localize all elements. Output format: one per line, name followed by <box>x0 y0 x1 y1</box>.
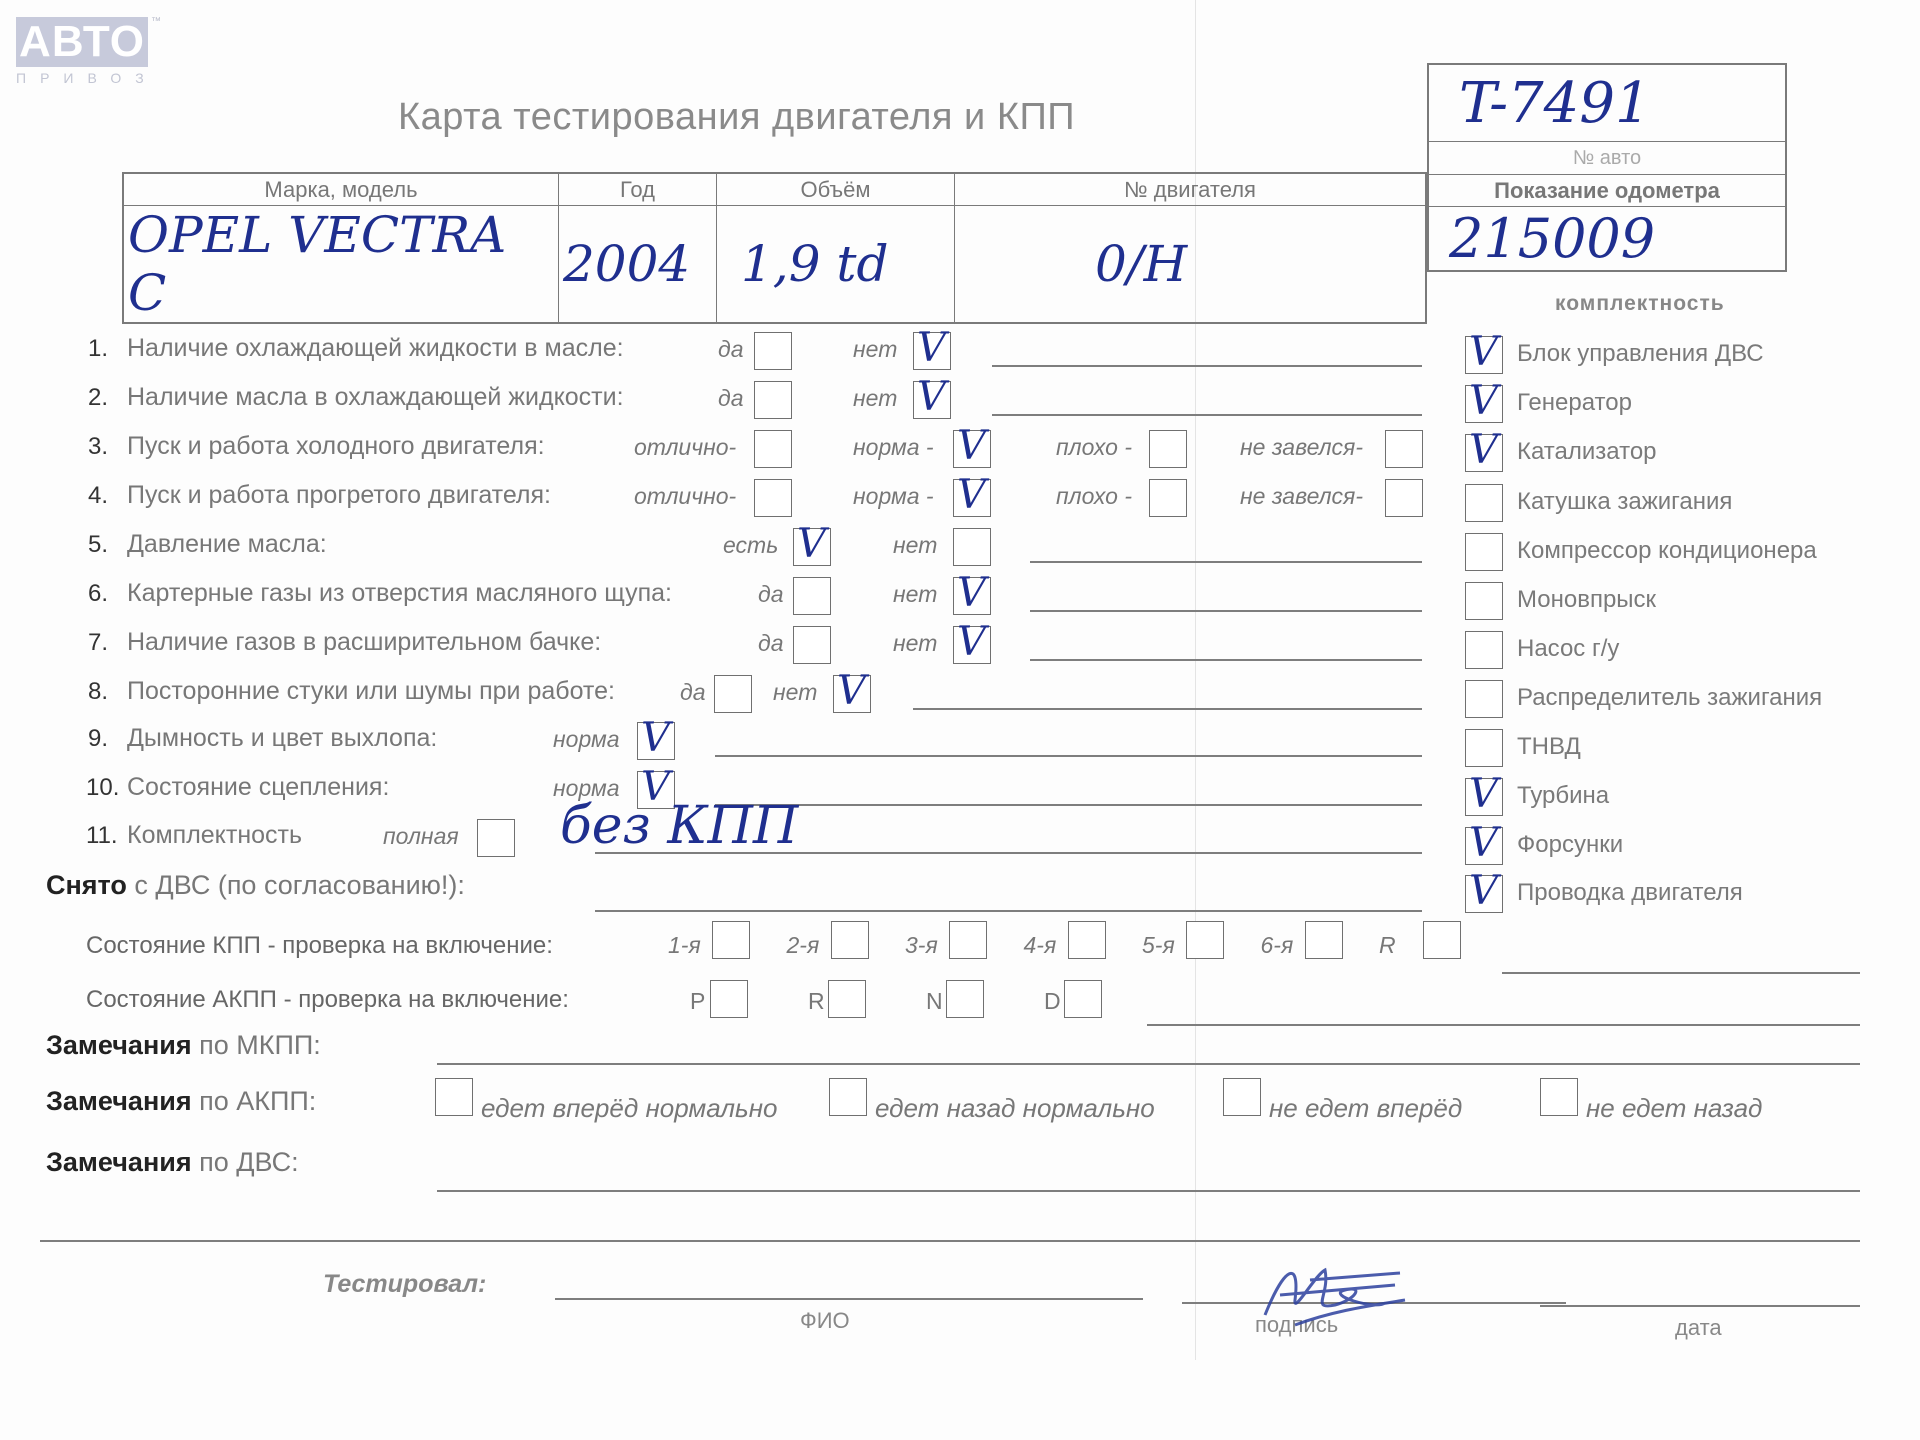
remarks-mkpp-label: Замечания по МКПП: <box>46 1030 321 1061</box>
comment-line[interactable] <box>1030 610 1422 612</box>
option-label: есть <box>723 532 778 559</box>
option-label: норма - <box>853 434 934 461</box>
akpp-remark-label: не едет назад <box>1586 1093 1762 1124</box>
checkmark-icon: V <box>837 674 866 708</box>
akpp-remark-label: не едет вперёд <box>1269 1093 1462 1124</box>
logo-trademark: ™ <box>151 16 161 27</box>
option-label: нет <box>773 679 817 706</box>
check-label: Посторонние стуки или шумы при работе: <box>127 677 615 706</box>
gear-checkbox[interactable] <box>828 980 866 1018</box>
remarks-akpp-label: Замечания по АКПП: <box>46 1086 316 1117</box>
checkmark-icon: V <box>917 331 946 365</box>
completeness-title: комплектность <box>1555 292 1725 316</box>
comment-line[interactable] <box>715 804 1422 806</box>
option-label: да <box>718 385 744 412</box>
option-checkbox[interactable]: V <box>913 332 951 370</box>
vehicle-info-table: Марка, модель Год Объём № двигателя OPEL… <box>122 172 1427 324</box>
name-caption: ФИО <box>800 1308 850 1334</box>
check-number: 3. <box>88 433 108 461</box>
checkmark-icon: V <box>957 478 986 512</box>
comment-line[interactable] <box>715 755 1422 757</box>
engine-number-value[interactable]: 0/H <box>955 206 1427 324</box>
option-label: нет <box>893 581 937 608</box>
checkmark-icon: V <box>917 380 946 414</box>
check-label: Давление масла: <box>127 530 327 559</box>
option-checkbox[interactable]: V <box>913 381 951 419</box>
completeness-checkbox[interactable] <box>1465 729 1503 767</box>
option-label: да <box>758 581 784 608</box>
completeness-item-label: Проводка двигателя <box>1517 879 1743 907</box>
option-label: нет <box>893 630 937 657</box>
car-number-odometer-box: T-7491 № авто Показание одометра 215009 <box>1427 63 1787 272</box>
removed-parts-label: Снято с ДВС (по согласованию!): <box>46 870 465 901</box>
completeness-item-label: ТНВД <box>1517 733 1581 761</box>
comment-line[interactable] <box>1030 561 1422 563</box>
checkmark-icon: V <box>1469 384 1498 418</box>
option-label: нет <box>853 336 897 363</box>
gear-checkbox[interactable] <box>946 980 984 1018</box>
completeness-item-label: Турбина <box>1517 782 1609 810</box>
checkmark-icon: V <box>641 721 670 755</box>
remarks-dvs-line[interactable] <box>437 1190 1860 1192</box>
akpp-remark-checkbox[interactable] <box>829 1078 867 1116</box>
auto-gearbox-line[interactable] <box>1147 1024 1860 1026</box>
akpp-remark-checkbox[interactable] <box>1540 1078 1578 1116</box>
column-header-model: Марка, модель <box>123 173 559 206</box>
gear-label: R <box>1379 932 1396 959</box>
gear-label: D <box>1044 988 1061 1015</box>
option-checkbox[interactable] <box>1149 430 1187 468</box>
completeness-item-label: Катушка зажигания <box>1517 488 1732 516</box>
gear-label: 5-я <box>1142 932 1175 959</box>
option-label: да <box>758 630 784 657</box>
column-header-year: Год <box>559 173 717 206</box>
option-checkbox[interactable] <box>793 577 831 615</box>
auto-gearbox-label: Состояние АКПП - проверка на включение: <box>86 986 569 1014</box>
logo: АВТО <box>16 17 148 67</box>
completeness-item-label: Насос г/у <box>1517 635 1619 663</box>
checkmark-icon: V <box>1469 826 1498 860</box>
option-label: норма - <box>853 483 934 510</box>
option-checkbox[interactable] <box>953 528 991 566</box>
completeness-item-label: Блок управления ДВС <box>1517 340 1764 368</box>
tested-by-label: Тестировал: <box>323 1270 486 1299</box>
gear-checkbox[interactable] <box>1064 980 1102 1018</box>
check-label: Комплектность <box>127 821 302 850</box>
completeness-checkbox[interactable] <box>1465 533 1503 571</box>
option-checkbox[interactable] <box>1385 430 1423 468</box>
date-caption: дата <box>1675 1315 1722 1341</box>
gear-label: 3-я <box>905 932 938 959</box>
option-label: отлично- <box>634 434 736 461</box>
car-number-value[interactable]: T-7491 <box>1428 64 1786 142</box>
option-checkbox[interactable] <box>754 381 792 419</box>
option-checkbox[interactable]: V <box>793 528 831 566</box>
option-checkbox[interactable] <box>793 626 831 664</box>
date-line[interactable] <box>1540 1305 1860 1307</box>
option-label: полная <box>383 823 459 850</box>
akpp-remark-checkbox[interactable] <box>435 1078 473 1116</box>
tester-name-line[interactable] <box>555 1298 1143 1300</box>
remarks-mkpp-line[interactable] <box>437 1063 1860 1065</box>
option-label: да <box>680 679 706 706</box>
option-label: плохо - <box>1056 483 1132 510</box>
option-checkbox[interactable]: V <box>833 675 871 713</box>
checkmark-icon: V <box>1469 433 1498 467</box>
option-label: отлично- <box>634 483 736 510</box>
check-label: Наличие газов в расширительном бачке: <box>127 628 601 657</box>
model-value[interactable]: OPEL VECTRA C <box>123 206 559 324</box>
gear-checkbox[interactable] <box>949 921 987 959</box>
handwritten-note: без КПП <box>560 796 798 856</box>
completeness-checkbox[interactable]: V <box>1465 827 1503 865</box>
option-label: норма <box>553 726 620 753</box>
check-label: Пуск и работа прогретого двигателя: <box>127 481 551 510</box>
check-number: 8. <box>88 678 108 706</box>
removed-parts-line[interactable] <box>595 910 1422 912</box>
check-number: 10. <box>86 774 119 802</box>
gear-checkbox[interactable] <box>1305 921 1343 959</box>
comment-line[interactable] <box>1030 659 1422 661</box>
option-checkbox[interactable] <box>754 479 792 517</box>
option-checkbox[interactable] <box>477 819 515 857</box>
gear-label: P <box>690 988 705 1015</box>
check-label: Наличие охлаждающей жидкости в масле: <box>127 334 624 363</box>
checkmark-icon: V <box>1469 874 1498 908</box>
gear-checkbox[interactable] <box>831 921 869 959</box>
completeness-checkbox[interactable] <box>1465 582 1503 620</box>
option-label: да <box>718 336 744 363</box>
comment-line[interactable] <box>992 365 1422 367</box>
gear-label: 6-я <box>1261 932 1294 959</box>
option-checkbox[interactable] <box>1385 479 1423 517</box>
signature-icon <box>1255 1255 1455 1335</box>
completeness-checkbox[interactable]: V <box>1465 875 1503 913</box>
checkmark-icon: V <box>957 429 986 463</box>
check-number: 2. <box>88 384 108 412</box>
completeness-item-label: Форсунки <box>1517 831 1623 859</box>
check-number: 7. <box>88 629 108 657</box>
option-label: нет <box>853 385 897 412</box>
gear-label: 2-я <box>787 932 820 959</box>
comment-line[interactable] <box>913 708 1422 710</box>
option-checkbox[interactable] <box>1149 479 1187 517</box>
gear-checkbox[interactable] <box>1186 921 1224 959</box>
checkmark-icon: V <box>797 527 826 561</box>
completeness-checkbox[interactable] <box>1465 680 1503 718</box>
check-label: Наличие масла в охлаждающей жидкости: <box>127 383 624 412</box>
completeness-checkbox[interactable]: V <box>1465 434 1503 472</box>
completeness-checkbox[interactable]: V <box>1465 385 1503 423</box>
gear-label: N <box>926 988 943 1015</box>
check-label: Картерные газы из отверстия масляного щу… <box>127 579 672 608</box>
page-title: Карта тестирования двигателя и КПП <box>398 96 1075 139</box>
gear-checkbox[interactable] <box>1423 921 1461 959</box>
gear-checkbox[interactable] <box>710 980 748 1018</box>
column-header-volume: Объём <box>717 173 955 206</box>
remarks-dvs-label: Замечания по ДВС: <box>46 1147 299 1178</box>
option-checkbox[interactable]: V <box>953 577 991 615</box>
option-label: не завелся- <box>1240 483 1363 510</box>
gear-label: 4-я <box>1024 932 1057 959</box>
checkmark-icon: V <box>957 576 986 610</box>
check-number: 5. <box>88 531 108 559</box>
gear-checkbox[interactable] <box>1068 921 1106 959</box>
check-label: Состояние сцепления: <box>127 773 389 802</box>
checkmark-icon: V <box>1469 335 1498 369</box>
completeness-item-label: Компрессор кондиционера <box>1517 537 1817 565</box>
remarks-extra-line[interactable] <box>40 1240 1860 1242</box>
check-number: 1. <box>88 335 108 363</box>
odometer-label: Показание одометра <box>1428 175 1786 207</box>
option-checkbox[interactable]: V <box>953 430 991 468</box>
column-header-engine-number: № двигателя <box>955 173 1427 206</box>
akpp-remark-label: едет вперёд нормально <box>481 1093 777 1124</box>
option-label: плохо - <box>1056 434 1132 461</box>
option-checkbox[interactable] <box>754 430 792 468</box>
check-label: Пуск и работа холодного двигателя: <box>127 432 545 461</box>
volume-value[interactable]: 1,9 td <box>717 206 955 324</box>
gear-label: 1-я <box>668 932 701 959</box>
option-checkbox[interactable] <box>714 675 752 713</box>
check-number: 4. <box>88 482 108 510</box>
option-checkbox[interactable]: V <box>637 722 675 760</box>
gear-label: R <box>808 988 825 1015</box>
check-number: 9. <box>88 725 108 753</box>
option-label: нет <box>893 532 937 559</box>
option-checkbox[interactable]: V <box>953 479 991 517</box>
check-number: 6. <box>88 580 108 608</box>
akpp-remark-label: едет назад нормально <box>875 1093 1155 1124</box>
option-checkbox[interactable] <box>754 332 792 370</box>
completeness-checkbox[interactable] <box>1465 631 1503 669</box>
completeness-checkbox[interactable]: V <box>1465 778 1503 816</box>
completeness-checkbox[interactable] <box>1465 484 1503 522</box>
option-label: не завелся- <box>1240 434 1363 461</box>
comment-line[interactable] <box>992 414 1422 416</box>
completeness-item-label: Катализатор <box>1517 438 1657 466</box>
check-number: 11. <box>86 822 118 850</box>
checkmark-icon: V <box>957 625 986 659</box>
option-checkbox[interactable]: V <box>953 626 991 664</box>
check-label: Дымность и цвет выхлопа: <box>127 724 437 753</box>
manual-gearbox-line[interactable] <box>1502 972 1860 974</box>
checkmark-icon: V <box>1469 777 1498 811</box>
year-value[interactable]: 2004 <box>559 206 717 324</box>
car-number-label: № авто <box>1428 142 1786 175</box>
completeness-item-label: Распределитель зажигания <box>1517 684 1822 712</box>
gear-checkbox[interactable] <box>712 921 750 959</box>
logo-subtitle: ПРИВОЗ <box>16 70 150 86</box>
completeness-checkbox[interactable]: V <box>1465 336 1503 374</box>
akpp-remark-checkbox[interactable] <box>1223 1078 1261 1116</box>
odometer-value[interactable]: 215009 <box>1428 207 1786 272</box>
completeness-item-label: Моновпрыск <box>1517 586 1656 614</box>
completeness-item-label: Генератор <box>1517 389 1632 417</box>
manual-gearbox-label: Состояние КПП - проверка на включение: <box>86 932 553 960</box>
